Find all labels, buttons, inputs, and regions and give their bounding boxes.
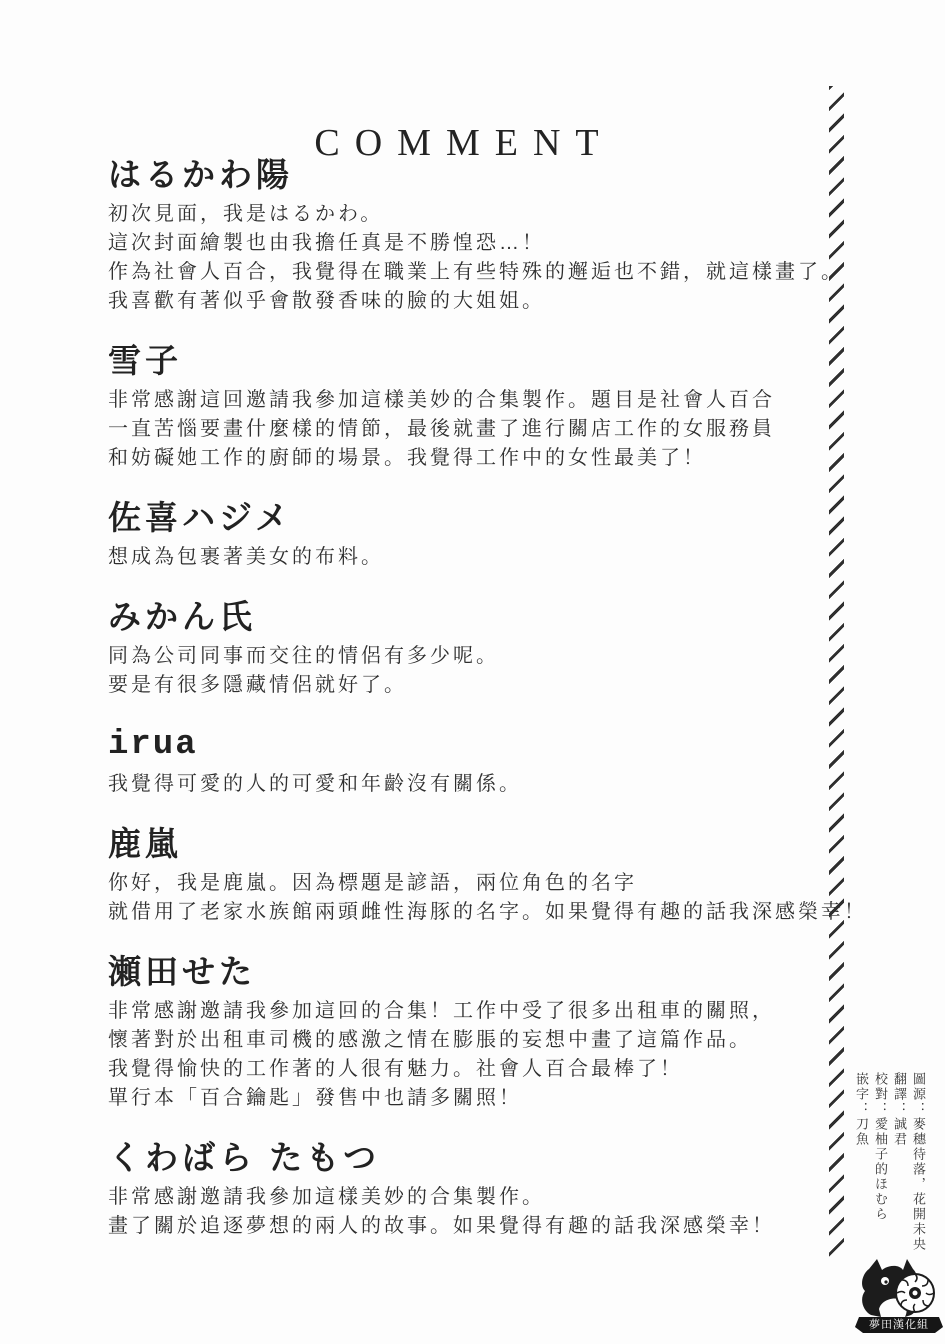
- comment-line: 非常感謝這回邀請我參加這樣美妙的合集製作。題目是社會人百合: [108, 386, 868, 415]
- comment-line: 這次封面繪製也由我擔任真是不勝惶恐…！: [108, 229, 868, 258]
- comment-line: 畫了關於追逐夢想的兩人的故事。如果覺得有趣的話我深感榮幸！: [108, 1212, 868, 1241]
- author-name: 鹿嵐: [108, 826, 868, 862]
- comment-line: 初次見面，我是はるかわ。: [108, 200, 868, 229]
- comment-lines: 非常感謝邀請我參加這樣美妙的合集製作。畫了關於追逐夢想的兩人的故事。如果覺得有趣…: [108, 1183, 868, 1241]
- author-name: 瀬田せた: [108, 954, 868, 990]
- scanlation-group-stamp-icon: 夢田漢化組: [855, 1255, 943, 1335]
- comment-line: 要是有很多隱藏情侶就好了。: [108, 671, 868, 700]
- comment-lines: 我覺得可愛的人的可愛和年齡沒有關係。: [108, 770, 868, 799]
- comment-line: 作為社會人百合，我覺得在職業上有些特殊的邂逅也不錯，就這樣畫了。: [108, 258, 868, 287]
- comment-line: 非常感謝邀請我參加這回的合集！工作中受了很多出租車的關照，: [108, 997, 868, 1026]
- logo-banner: 夢田漢化組: [855, 1317, 943, 1333]
- comment-page: COMMENT はるかわ陽 初次見面，我是はるかわ。這次封面繪製也由我擔任真是不…: [0, 0, 945, 1344]
- comment-section: 瀬田せた 非常感謝邀請我參加這回的合集！工作中受了很多出租車的關照，懷著對於出租…: [108, 954, 868, 1113]
- comment-section: みかん氏 同為公司同事而交往的情侶有多少呢。要是有很多隱藏情侶就好了。: [108, 599, 868, 700]
- comment-section: はるかわ陽 初次見面，我是はるかわ。這次封面繪製也由我擔任真是不勝惶恐…！作為社…: [108, 157, 868, 316]
- comment-section: irua 我覺得可愛的人的可愛和年齡沒有關係。: [108, 727, 868, 799]
- comment-line: 懷著對於出租車司機的感激之情在膨脹的妄想中畫了這篇作品。: [108, 1026, 868, 1055]
- author-name: 佐喜ハジメ: [108, 500, 868, 536]
- comment-line: 同為公司同事而交往的情侶有多少呢。: [108, 642, 868, 671]
- comment-lines: 同為公司同事而交往的情侶有多少呢。要是有很多隱藏情侶就好了。: [108, 642, 868, 700]
- credit-column: 校對：愛柚子的ほむら: [871, 1072, 890, 1267]
- comment-lines: 想成為包裹著美女的布料。: [108, 543, 868, 572]
- comment-lines: 非常感謝這回邀請我參加這樣美妙的合集製作。題目是社會人百合一直苦惱要畫什麼樣的情…: [108, 386, 868, 473]
- comment-section: 雪子 非常感謝這回邀請我參加這樣美妙的合集製作。題目是社會人百合一直苦惱要畫什麼…: [108, 343, 868, 473]
- author-name: irua: [108, 727, 868, 763]
- author-name: みかん氏: [108, 599, 868, 635]
- comment-line: 我覺得愉快的工作著的人很有魅力。社會人百合最棒了！: [108, 1055, 868, 1084]
- comment-section: 鹿嵐 你好，我是鹿嵐。因為標題是諺語，兩位角色的名字就借用了老家水族館兩頭雌性海…: [108, 826, 868, 927]
- credit-column: 翻譯：誠君: [890, 1072, 909, 1267]
- comments-list: はるかわ陽 初次見面，我是はるかわ。這次封面繪製也由我擔任真是不勝惶恐…！作為社…: [108, 157, 868, 1268]
- comment-section: くわばら たもつ 非常感謝邀請我參加這樣美妙的合集製作。畫了關於追逐夢想的兩人的…: [108, 1140, 868, 1241]
- author-name: くわばら たもつ: [108, 1140, 868, 1176]
- comment-line: 和妨礙她工作的廚師的場景。我覺得工作中的女性最美了！: [108, 444, 868, 473]
- comment-line: 就借用了老家水族館兩頭雌性海豚的名字。如果覺得有趣的話我深感榮幸！: [108, 898, 868, 927]
- comment-line: 你好，我是鹿嵐。因為標題是諺語，兩位角色的名字: [108, 869, 868, 898]
- comment-lines: 初次見面，我是はるかわ。這次封面繪製也由我擔任真是不勝惶恐…！作為社會人百合，我…: [108, 200, 868, 316]
- credit-column: 嵌字：刀魚: [852, 1072, 871, 1267]
- comment-line: 單行本「百合鑰匙」發售中也請多關照！: [108, 1084, 868, 1113]
- logo-text: 夢田漢化組: [869, 1317, 929, 1331]
- comment-lines: 你好，我是鹿嵐。因為標題是諺語，兩位角色的名字就借用了老家水族館兩頭雌性海豚的名…: [108, 869, 868, 927]
- comment-section: 佐喜ハジメ 想成為包裹著美女的布料。: [108, 500, 868, 572]
- comment-line: 非常感謝邀請我參加這樣美妙的合集製作。: [108, 1183, 868, 1212]
- comment-line: 想成為包裹著美女的布料。: [108, 543, 868, 572]
- credits-vertical: 圖源：麥穗待落，花開未央翻譯：誠君校對：愛柚子的ほむら嵌字：刀魚: [852, 1072, 928, 1267]
- author-name: はるかわ陽: [108, 157, 868, 193]
- comment-line: 一直苦惱要畫什麼樣的情節，最後就畫了進行關店工作的女服務員: [108, 415, 868, 444]
- comment-lines: 非常感謝邀請我參加這回的合集！工作中受了很多出租車的關照，懷著對於出租車司機的感…: [108, 997, 868, 1113]
- author-name: 雪子: [108, 343, 868, 379]
- credit-column: 圖源：麥穗待落，花開未央: [909, 1072, 928, 1267]
- comment-line: 我覺得可愛的人的可愛和年齡沒有關係。: [108, 770, 868, 799]
- diagonal-dash-border: [829, 86, 844, 1258]
- comment-line: 我喜歡有著似乎會散發香味的臉的大姐姐。: [108, 287, 868, 316]
